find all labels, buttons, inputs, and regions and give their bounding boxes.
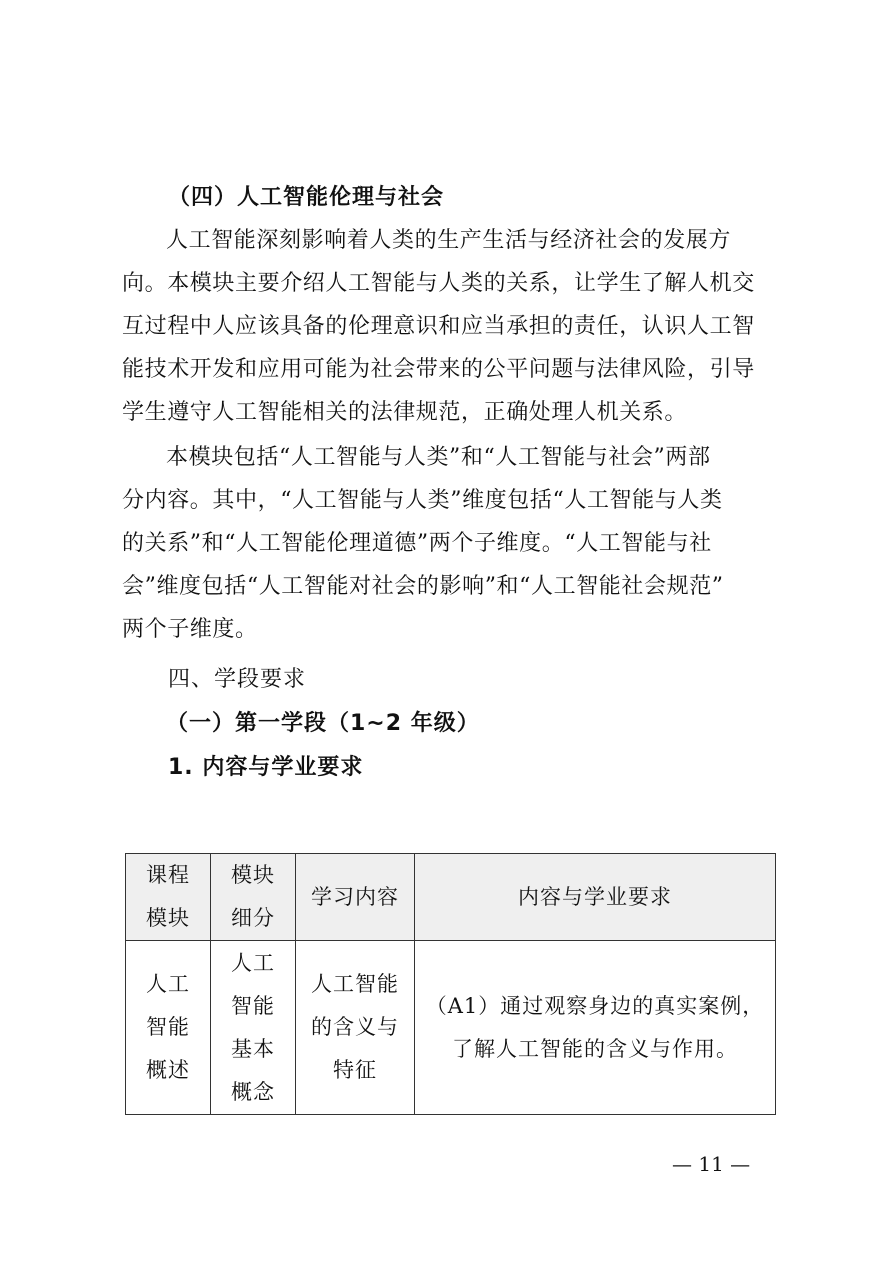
- header-module-subdivision: 模块 细分: [211, 854, 296, 941]
- header-requirements: 内容与学业要求: [415, 854, 776, 941]
- table-header-row: 课程 模块 模块 细分 学习内容 内容与学业要求: [126, 854, 776, 941]
- cell-requirements: （A1）通过观察身边的真实案例， 了解人工智能的含义与作用。: [415, 941, 776, 1115]
- paragraph-ethics-intro: 人工智能深刻影响着人类的生产生活与经济社会的发展方 向。本模块主要介绍人工智能与…: [122, 219, 782, 434]
- chapter-heading: 四、学段要求: [168, 662, 306, 693]
- paragraph-line: 互过程中人应该具备的伦理意识和应当承担的责任，认识人工智: [122, 305, 782, 348]
- paragraph-module-parts: 本模块包括“人工智能与人类”和“人工智能与社会”两部 分内容。其中，“人工智能与…: [122, 436, 782, 651]
- cell-course-module: 人工 智能 概述: [126, 941, 211, 1115]
- cell-module-subdivision: 人工 智能 基本 概念: [211, 941, 296, 1115]
- page-number: — 11 —: [672, 1152, 750, 1176]
- header-learning-content: 学习内容: [296, 854, 415, 941]
- paragraph-line: 人工智能深刻影响着人类的生产生活与经济社会的发展方: [122, 219, 782, 262]
- stage-heading: （一）第一学段（1~2 年级）: [166, 706, 480, 737]
- paragraph-line: 向。本模块主要介绍人工智能与人类的关系，让学生了解人机交: [122, 262, 782, 305]
- table-row: 人工 智能 概述 人工 智能 基本 概念 人工智能 的含义与 特征 （A1）通过…: [126, 941, 776, 1115]
- paragraph-line: 两个子维度。: [122, 608, 782, 651]
- paragraph-line: 学生遵守人工智能相关的法律规范，正确处理人机关系。: [122, 391, 782, 434]
- paragraph-line: 会”维度包括“人工智能对社会的影响”和“人工智能社会规范”: [122, 565, 782, 608]
- paragraph-line: 本模块包括“人工智能与人类”和“人工智能与社会”两部: [122, 436, 782, 479]
- paragraph-line: 分内容。其中，“人工智能与人类”维度包括“人工智能与人类: [122, 479, 782, 522]
- requirements-table: 课程 模块 模块 细分 学习内容 内容与学业要求 人工 智能 概述 人工: [125, 853, 776, 1115]
- cell-learning-content: 人工智能 的含义与 特征: [296, 941, 415, 1115]
- document-page: （四）人工智能伦理与社会 人工智能深刻影响着人类的生产生活与经济社会的发展方 向…: [0, 0, 893, 1263]
- paragraph-line: 的关系”和“人工智能伦理道德”两个子维度。“人工智能与社: [122, 522, 782, 565]
- header-course-module: 课程 模块: [126, 854, 211, 941]
- subsection-heading: 1. 内容与学业要求: [168, 750, 363, 781]
- paragraph-line: 能技术开发和应用可能为社会带来的公平问题与法律风险，引导: [122, 348, 782, 391]
- section-heading: （四）人工智能伦理与社会: [168, 180, 444, 211]
